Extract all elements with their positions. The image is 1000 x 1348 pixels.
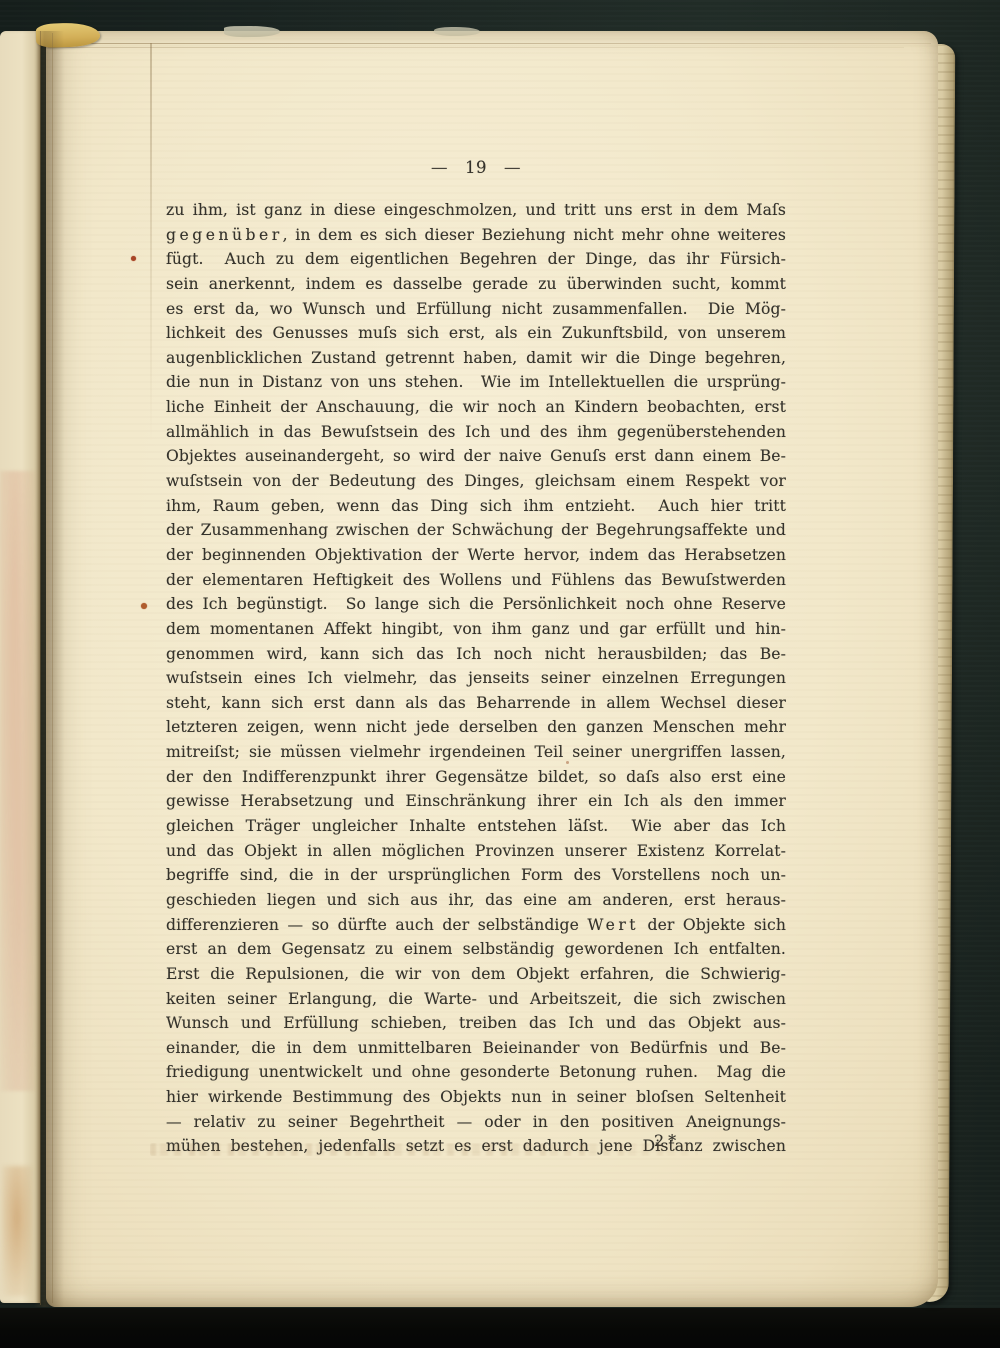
text-line: hier wirkende Bestimmung des Objekts nun… (166, 1085, 786, 1110)
text-line: erst an dem Gegensatz zu einem selbständ… (166, 937, 786, 962)
text-line: genommen wird, kann sich das Ich noch ni… (166, 642, 786, 667)
header-dash-left: — (431, 158, 448, 177)
text-line: sein anerkennt, indem es dasselbe gerade… (166, 272, 786, 297)
text-line: begriffe sind, die in der ursprünglichen… (166, 863, 786, 888)
text-line: der Zusammenhang zwischen der Schwächung… (166, 518, 786, 543)
text-line: augenblicklichen Zustand getrennt haben,… (166, 346, 786, 371)
header-dash-right: — (504, 158, 521, 177)
brown-foxing-speck (141, 603, 147, 609)
top-crease-line-2 (48, 47, 904, 48)
text-line: zu ihm, ist ganz in diese eingeschmolzen… (166, 198, 786, 223)
text-line: letzteren zeigen, wenn nicht jede dersel… (166, 715, 786, 740)
text-line: dem momentanen Affekt hingibt, von ihm g… (166, 617, 786, 642)
text-line: und das Objekt in allen möglichen Provin… (166, 839, 786, 864)
text-line: es erst da, wo Wunsch und Erfüllung nich… (166, 297, 786, 322)
page-header: —19— (166, 158, 786, 177)
gutter-crease-line (150, 43, 152, 443)
edge-chip (224, 26, 280, 38)
text-line: Objektes auseinandergeht, so wird der na… (166, 444, 786, 469)
text-line: wuſstsein eines Ich vielmehr, das jensei… (166, 666, 786, 691)
text-line: der beginnenden Objektivation der Werte … (166, 543, 786, 568)
top-crease-line (48, 43, 931, 44)
scan-backdrop: —19— zu ihm, ist ganz in diese eingeschm… (0, 0, 1000, 1348)
text-line: keiten seiner Erlangung, die Warte- und … (166, 987, 786, 1012)
text-line: friedigung unentwickelt und ohne gesonde… (166, 1060, 786, 1085)
book-page: —19— zu ihm, ist ganz in diese eingeschm… (46, 31, 938, 1307)
text-line: gegenüber, in dem es sich dieser Beziehu… (166, 223, 786, 248)
letter-spaced-word: Wert (587, 916, 639, 934)
foxing-stain (2, 1166, 32, 1296)
text-line: ihm, Raum geben, wenn das Ding sich ihm … (166, 494, 786, 519)
letter-spaced-word: gegenüber (166, 226, 283, 244)
text-line: die nun in Distanz von uns stehen. Wie i… (166, 370, 786, 395)
text-line: allmählich in das Bewuſstsein des Ich un… (166, 420, 786, 445)
edge-chip-2 (434, 27, 480, 36)
gutter-fold-line-2 (52, 33, 53, 1303)
page-number: 19 (465, 158, 487, 177)
text-line: Erst die Repulsionen, die wir von dem Ob… (166, 962, 786, 987)
text-line: der elementaren Heftigkeit des Wollens u… (166, 568, 786, 593)
gutter-fold-line (40, 31, 41, 1305)
text-line: geschieden liegen und sich aus ihr, das … (166, 888, 786, 913)
red-ink-speck (131, 256, 136, 261)
text-line: wuſstsein von der Bedeutung des Dinges, … (166, 469, 786, 494)
text-line: einander, die in dem unmittelbaren Beiei… (166, 1036, 786, 1061)
bottom-backdrop-band (0, 1308, 1000, 1348)
text-line: des Ich begünstigt. So lange sich die Pe… (166, 592, 786, 617)
text-line: fügt. Auch zu dem eigentlichen Begehren … (166, 247, 786, 272)
text-line: gewisse Herabsetzung und Einschränkung i… (166, 789, 786, 814)
text-line: differenzieren — so dürfte auch der selb… (166, 913, 786, 938)
text-line: Wunsch und Erfüllung schieben, treiben d… (166, 1011, 786, 1036)
previous-page-edge (0, 31, 40, 1303)
show-through-pink-blotch (0, 471, 36, 1091)
text-block: zu ihm, ist ganz in diese eingeschmolzen… (166, 198, 786, 1159)
text-line: liche Einheit der Anschauung, die wir no… (166, 395, 786, 420)
faint-speck (566, 761, 569, 764)
text-line: lichkeit des Genusses muſs sich erst, al… (166, 321, 786, 346)
text-line: mitreiſst; sie müssen vielmehr irgendein… (166, 740, 786, 765)
text-line: — relativ zu seiner Begehrtheit — oder i… (166, 1110, 786, 1135)
torn-edge-fragment (36, 22, 101, 48)
show-through-text-line (150, 1143, 698, 1156)
text-line: steht, kann sich erst dann als das Behar… (166, 691, 786, 716)
text-line: der den Indifferenzpunkt ihrer Gegensätz… (166, 765, 786, 790)
text-line: gleichen Träger ungleicher Inhalte entst… (166, 814, 786, 839)
